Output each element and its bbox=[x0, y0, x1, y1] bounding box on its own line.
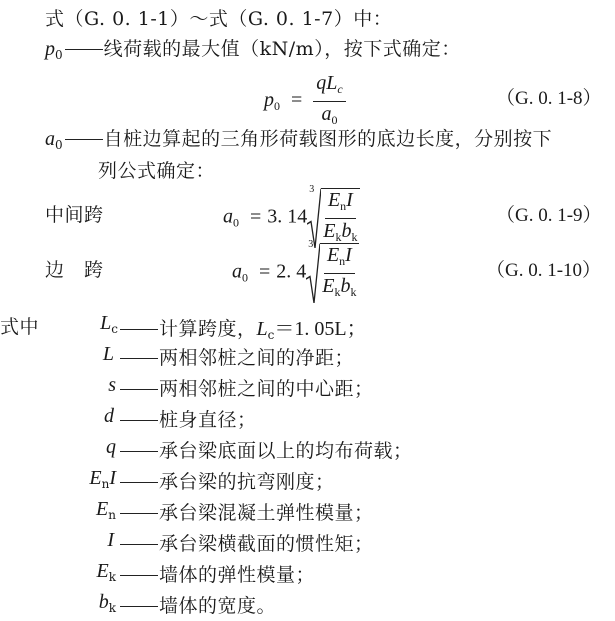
equation-label-g0110: （G. 0. 1-10） bbox=[486, 255, 601, 282]
equation-middle-span: a0 =3. 14 3 EnI Ekbk bbox=[223, 188, 360, 248]
fraction-numerator: qLc bbox=[313, 72, 345, 102]
fraction: qLc a0 bbox=[313, 72, 345, 131]
symbol-text: L bbox=[103, 343, 114, 365]
symbol-text: q bbox=[106, 436, 116, 458]
symbol2-text: I bbox=[109, 467, 116, 489]
fraction-denominator: Ekbk bbox=[322, 274, 356, 303]
symbol-sub: n bbox=[108, 508, 116, 522]
definition-symbol: EnI bbox=[89, 467, 116, 491]
p0-definition: p0线荷载的最大值（kN/m），按下式确定： bbox=[45, 34, 461, 62]
definition-body: 承台梁的抗弯刚度； bbox=[118, 467, 335, 494]
definition-text: 墙体的宽度。 bbox=[159, 595, 276, 617]
a0-definition: a0自桩边算起的三角形荷载图形的底边长度，分别按下 bbox=[45, 124, 552, 152]
symbol-text: E bbox=[89, 467, 101, 489]
a0-description-continuation: 列公式确定： bbox=[98, 156, 215, 183]
em-dash bbox=[120, 389, 158, 390]
equation-p0: p0 = qLc a0 bbox=[264, 72, 346, 131]
symbol-text: E bbox=[96, 498, 108, 520]
symbol-text: I bbox=[107, 529, 114, 551]
symbol-text: L bbox=[100, 312, 111, 334]
denominator-text: a bbox=[322, 103, 332, 125]
em-dash bbox=[65, 139, 103, 140]
definition-text: 承台梁混凝土弹性模量； bbox=[159, 502, 374, 524]
definition-symbol: q bbox=[106, 436, 116, 459]
definition-symbol: Ek bbox=[97, 560, 117, 584]
radicand: EnI Ekbk bbox=[320, 243, 358, 303]
cube-root: 3 EnI Ekbk bbox=[307, 188, 359, 248]
definition-text: 桩身直径； bbox=[159, 409, 257, 431]
fraction-numerator: EnI bbox=[324, 244, 355, 274]
definition-body: 承台梁混凝土弹性模量； bbox=[118, 498, 374, 525]
num-E: E bbox=[328, 189, 340, 211]
em-dash bbox=[120, 451, 158, 452]
definition-text: 承台梁底面以上的均布荷载； bbox=[159, 440, 413, 462]
symbol-text: d bbox=[104, 405, 114, 427]
where-label: 式中 bbox=[0, 312, 39, 339]
extra-symbol: L bbox=[257, 318, 268, 340]
definition-body: 承台梁底面以上的均布荷载； bbox=[118, 436, 413, 463]
em-dash bbox=[65, 49, 103, 50]
den-E: E bbox=[323, 220, 335, 242]
symbol-sub: c bbox=[111, 322, 118, 336]
definition-text: 承台梁横截面的惯性矩； bbox=[159, 533, 374, 555]
definition-symbol: L bbox=[103, 343, 114, 366]
symbol-text: E bbox=[97, 560, 109, 582]
definition-body: 墙体的弹性模量； bbox=[118, 560, 315, 587]
definition-text: 墙体的弹性模量； bbox=[159, 564, 315, 586]
symbol-sub: k bbox=[109, 570, 116, 584]
p0-description: 线荷载的最大值（kN/m），按下式确定： bbox=[104, 38, 461, 60]
cube-root: 3 EnI Ekbk bbox=[306, 243, 358, 303]
definition-text: 计算跨度， bbox=[159, 318, 257, 340]
num-I: I bbox=[346, 189, 353, 211]
definition-symbol: I bbox=[107, 529, 114, 552]
definition-text: 承台梁的抗弯刚度； bbox=[159, 471, 335, 493]
lhs-sub: 0 bbox=[233, 216, 239, 230]
middle-span-label: 中间跨 bbox=[45, 200, 104, 227]
a0-symbol: a bbox=[45, 128, 55, 150]
em-dash bbox=[120, 420, 158, 421]
coefficient: 3. 14 bbox=[267, 206, 307, 228]
equals-sign: = bbox=[291, 89, 302, 111]
definition-body: 两相邻桩之间的中心距； bbox=[118, 374, 374, 401]
lhs-symbol: a bbox=[232, 261, 242, 283]
symbol-sub: k bbox=[109, 601, 116, 615]
definition-body: 桩身直径； bbox=[118, 405, 257, 432]
p0-subscript: 0 bbox=[55, 48, 63, 62]
em-dash bbox=[120, 513, 158, 514]
definition-body: 墙体的宽度。 bbox=[118, 591, 276, 618]
definition-text: 两相邻桩之间的净距； bbox=[159, 347, 354, 369]
lhs-sub: 0 bbox=[242, 271, 248, 285]
num-E: E bbox=[327, 244, 339, 266]
den-b-sub: k bbox=[352, 230, 358, 244]
intro-line: 式（G. 0. 1-1）～式（G. 0. 1-7）中： bbox=[45, 4, 392, 31]
equation-label-g018: （G. 0. 1-8） bbox=[496, 83, 602, 110]
definition-body: 承台梁横截面的惯性矩； bbox=[118, 529, 374, 556]
fraction: EnI Ekbk bbox=[323, 189, 357, 248]
num-I: I bbox=[345, 244, 352, 266]
a0-subscript: 0 bbox=[55, 138, 63, 152]
em-dash bbox=[120, 329, 158, 330]
definition-body: 计算跨度，Lc＝1. 05L； bbox=[118, 312, 367, 342]
definition-symbol: Lc bbox=[100, 312, 118, 336]
edge-span-label: 边 跨 bbox=[45, 255, 104, 282]
radical-sign-icon bbox=[306, 243, 320, 303]
em-dash bbox=[120, 482, 158, 483]
den-b-sub: k bbox=[351, 285, 357, 299]
symbol-text: s bbox=[108, 374, 116, 396]
equals-sign: = bbox=[250, 206, 261, 228]
definition-symbol: s bbox=[108, 374, 116, 397]
fraction-numerator: EnI bbox=[325, 189, 356, 219]
definition-symbol: bk bbox=[99, 591, 116, 615]
den-b: b bbox=[342, 220, 352, 242]
definition-symbol: d bbox=[104, 405, 114, 428]
symbol-text: b bbox=[99, 591, 109, 613]
equation-label-g019: （G. 0. 1-9） bbox=[496, 200, 602, 227]
den-b: b bbox=[341, 275, 351, 297]
em-dash bbox=[120, 575, 158, 576]
eq-p0-lhs-sub: 0 bbox=[274, 99, 280, 113]
a0-description: 自桩边算起的三角形荷载图形的底边长度，分别按下 bbox=[104, 128, 553, 150]
radicand: EnI Ekbk bbox=[321, 188, 359, 248]
lhs-symbol: a bbox=[223, 206, 233, 228]
numerator-text: qL bbox=[316, 72, 337, 94]
fraction: EnI Ekbk bbox=[322, 244, 356, 303]
eq-p0-lhs: p bbox=[264, 89, 274, 111]
definition-symbol: En bbox=[96, 498, 116, 522]
definition-body: 两相邻桩之间的净距； bbox=[118, 343, 354, 370]
em-dash bbox=[120, 606, 158, 607]
em-dash bbox=[120, 544, 158, 545]
numerator-sub: c bbox=[337, 82, 342, 96]
equals-sign: = bbox=[259, 261, 270, 283]
p0-symbol: p bbox=[45, 38, 55, 60]
em-dash bbox=[120, 358, 158, 359]
coefficient: 2. 4 bbox=[276, 261, 306, 283]
definition-text: 两相邻桩之间的中心距； bbox=[159, 378, 374, 400]
equation-edge-span: a0 =2. 4 3 EnI Ekbk bbox=[232, 243, 359, 303]
extra-text: ＝1. 05L； bbox=[274, 318, 366, 340]
den-E: E bbox=[322, 275, 334, 297]
